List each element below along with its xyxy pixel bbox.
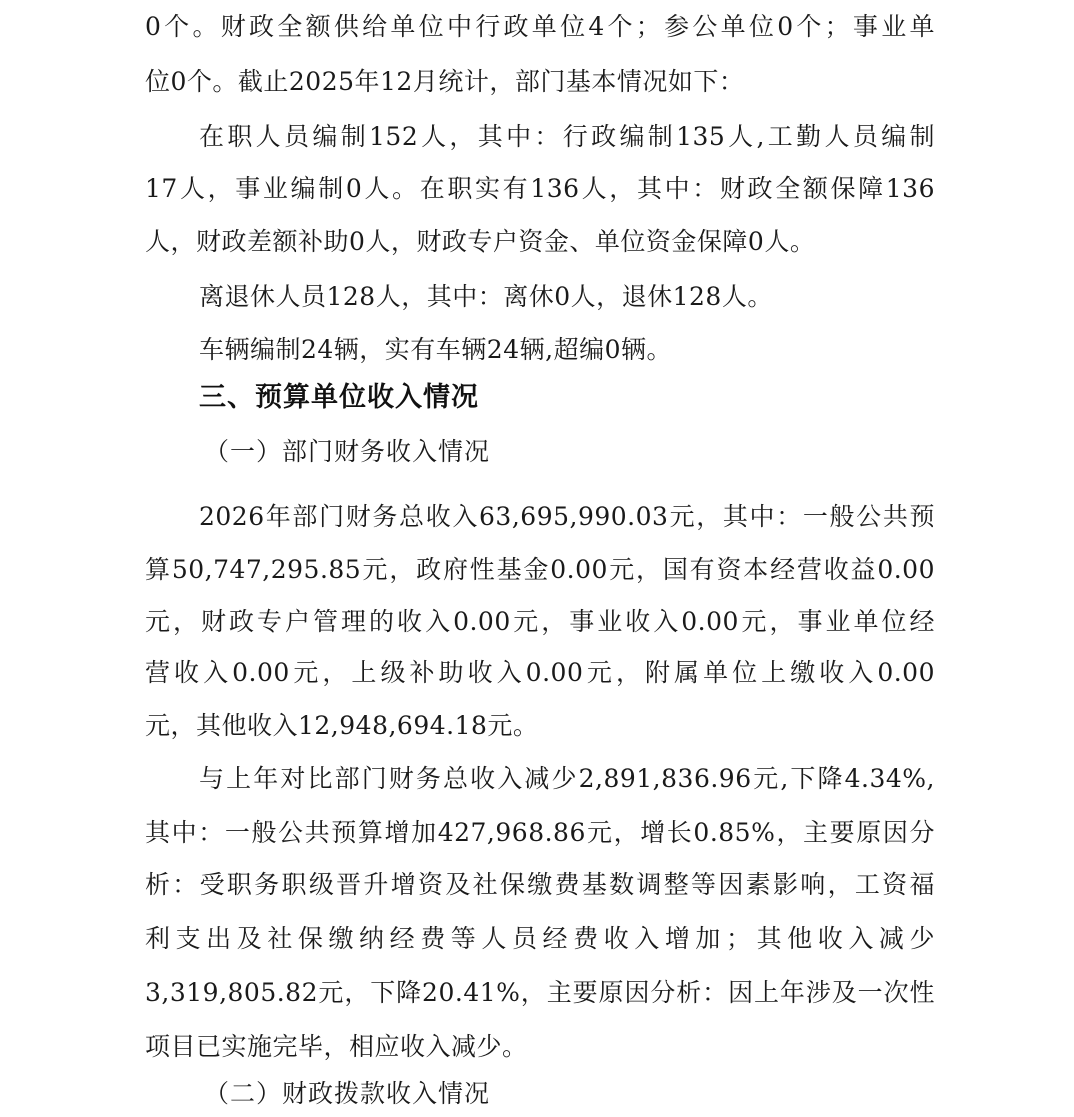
comparison-paragraph-line-6: 项目已实施完毕，相应收入减少。 — [145, 1030, 935, 1064]
revenue-paragraph-line-1: 2026年部门财务总收入63,695,990.03元，其中：一般公共预 — [199, 500, 935, 534]
subsection-heading-department-revenue: （一）部门财务收入情况 — [204, 435, 490, 469]
comparison-paragraph-line-4: 利支出及社保缴纳经费等人员经费收入增加；其他收入减少 — [145, 922, 935, 956]
document-page: 0个。财政全额供给单位中行政单位4个；参公单位0个；事业单 位0个。截止2025… — [0, 0, 1074, 1117]
staff-paragraph-line-2: 17人，事业编制0人。在职实有136人，其中：财政全额保障136 — [145, 172, 935, 206]
revenue-paragraph-line-3: 元，财政专户管理的收入0.00元，事业收入0.00元，事业单位经 — [145, 605, 935, 639]
intro-line-2: 位0个。截止2025年12月统计，部门基本情况如下： — [145, 65, 935, 99]
revenue-paragraph-line-2: 算50,747,295.85元，政府性基金0.00元，国有资本经营收益0.00 — [145, 553, 935, 587]
subsection-heading-fiscal-appropriation: （二）财政拨款收入情况 — [204, 1077, 490, 1111]
section-heading-budget-income: 三、预算单位收入情况 — [199, 380, 479, 416]
intro-line-1: 0个。财政全额供给单位中行政单位4个；参公单位0个；事业单 — [145, 10, 935, 44]
staff-paragraph-line-3: 人，财政差额补助0人，财政专户资金、单位资金保障0人。 — [145, 225, 935, 259]
revenue-paragraph-line-4: 营收入0.00元，上级补助收入0.00元，附属单位上缴收入0.00 — [145, 656, 935, 690]
comparison-paragraph-line-1: 与上年对比部门财务总收入减少2,891,836.96元,下降4.34%, — [199, 762, 935, 796]
staff-paragraph-line-1: 在职人员编制152人，其中：行政编制135人,工勤人员编制 — [199, 120, 935, 154]
vehicle-line: 车辆编制24辆，实有车辆24辆,超编0辆。 — [199, 333, 935, 367]
retired-staff-line: 离退休人员128人，其中：离休0人，退休128人。 — [199, 280, 935, 314]
comparison-paragraph-line-2: 其中：一般公共预算增加427,968.86元，增长0.85%，主要原因分 — [145, 816, 935, 850]
comparison-paragraph-line-5: 3,319,805.82元，下降20.41%，主要原因分析：因上年涉及一次性 — [145, 976, 935, 1010]
revenue-paragraph-line-5: 元，其他收入12,948,694.18元。 — [145, 709, 935, 743]
comparison-paragraph-line-3: 析：受职务职级晋升增资及社保缴费基数调整等因素影响，工资福 — [145, 868, 935, 902]
